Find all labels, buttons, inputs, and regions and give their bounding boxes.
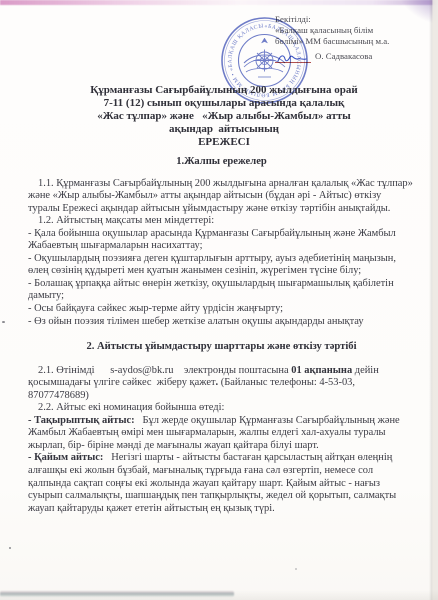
scan-speck [2,321,5,323]
document-body: 1.Жалпы ережелер1.1. Құрманғазы Сағырбай… [28,150,415,515]
title-line: ақындар айтысының [36,123,412,136]
handwritten-signature-icon [275,51,311,65]
signature-row: О. Садвакасова [275,50,433,63]
paragraph-run: 2.1. Өтінімді s-aydos@bk.ru электронды п… [38,365,291,376]
signature-line [275,50,311,63]
paragraph-run: - Болашақ ұрпаққа айтыс өнерін жеткізу, … [28,278,396,302]
approval-line: «Балқаш қаласының білім [275,25,433,36]
scan-speck [9,547,11,549]
paragraph: - Қайым айтыс: Негізгі шарты - айтысты б… [28,452,415,515]
approval-block: Бекітілді: «Балқаш қаласының білім бөлім… [275,14,433,63]
paragraph: - Өз ойын поэзия тілімен шебер жеткізе а… [28,316,415,329]
title-line: 7-11 (12) сынып оқушылары арасында қалал… [36,97,412,110]
approval-line: бөлімі» ММ басшысының м.а. [275,36,433,47]
paragraph-run-bold: 01 ақпанына [291,365,352,376]
paragraph: 2.1. Өтінімді s-aydos@bk.ru электронды п… [28,365,415,403]
paragraph-run: - Оқушылардың поэзияға деген құштарлығын… [28,253,399,277]
scan-artifact-right-edge [429,0,438,600]
section-heading: 1.Жалпы ережелер [28,156,415,169]
paragraph-run-bold: - Тақырыптық айтыс: [28,415,135,426]
approval-line: Бекітілді: [275,14,433,25]
title-line: Құрманғазы Сағырбайұлының 200 жылдығына … [36,84,412,97]
paragraph-run: 2.2. Айтыс екі номинация бойынша өтеді: [38,402,224,413]
paragraph-run: - Қала бойынша оқушылар арасында Құрманғ… [28,228,398,252]
paragraph: - Осы байқауға сәйкес жыр-терме айту үрд… [28,303,415,316]
paragraph-run: - Осы байқауға сәйкес жыр-терме айту үрд… [28,303,283,314]
section-heading: 2. Айтысты ұйымдастыру шарттары және өтк… [28,341,415,354]
paragraph: - Қала бойынша оқушылар арасында Құрманғ… [28,228,415,253]
paragraph: 1.2. Айтыстың мақсаты мен міндеттері: [28,215,415,228]
paragraph-run: 1.1. Құрманғазы Сағырбайұлының 200 жылды… [28,178,415,214]
paragraph: - Тақырыптық айтыс: Бұл жерде оқушылар Қ… [28,415,415,453]
paragraph: - Оқушылардың поэзияға деген құштарлығын… [28,253,415,278]
paragraph: 2.2. Айтыс екі номинация бойынша өтеді: [28,402,415,415]
signatory-name: О. Садвакасова [315,51,372,62]
document-page: Бекітілді: «Балқаш қаласының білім бөлім… [0,0,438,600]
paragraph-run: 1.2. Айтыстың мақсаты мен міндеттері: [38,215,214,226]
title-line: «Жас тұлпар» және «Жыр алыбы-Жамбыл» атт… [36,110,412,123]
title-line: ЕРЕЖЕСІ [36,136,412,149]
scan-artifact-bottom-shadow [0,591,234,597]
document-title: Құрманғазы Сағырбайұлының 200 жылдығына … [36,84,412,149]
scan-artifact-top [0,0,438,5]
paragraph: - Болашақ ұрпаққа айтыс өнерін жеткізу, … [28,278,415,303]
paragraph-run-bold: - Қайым айтыс: [28,452,103,463]
paragraph-run: - Өз ойын поэзия тілімен шебер жеткізе а… [28,316,364,327]
scan-speck [295,568,297,570]
paragraph: 1.1. Құрманғазы Сағырбайұлының 200 жылды… [28,178,415,216]
